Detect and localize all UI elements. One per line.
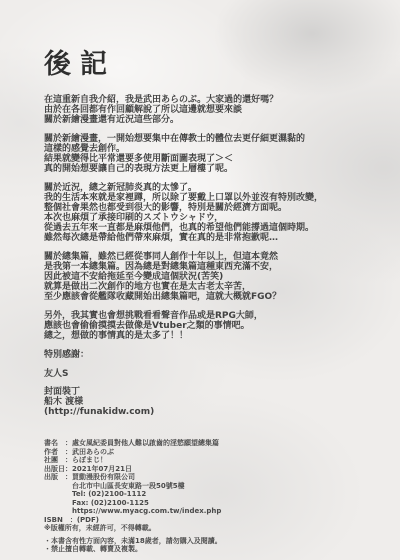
special-thanks-heading: 特別感謝： bbox=[44, 350, 374, 360]
afterword-page: 後記 在這重新自我介紹，我是武田あらのぶ。大家過的還好嗎？ 由於在各回都有作回顧… bbox=[0, 0, 400, 560]
legal-notices: ・本書含有性方面內容，未滿18歲者，請勿購入及閱讀。 ・禁止擅自轉載、轉賣及複製… bbox=[44, 537, 374, 554]
page-title: 後記 bbox=[44, 42, 374, 81]
special-thanks-name: 友人S bbox=[44, 369, 374, 379]
afterword-paragraph-compilation: 關於總集篇，雖然已經從事同人創作十年以上，但這本竟然 是我第一本總集篇。因為總是… bbox=[44, 252, 374, 302]
cover-design-credit: 封面裝丁 船木 渡様 (http://funakidw.com) bbox=[44, 387, 374, 417]
afterword-paragraph-intro: 在這重新自我介紹，我是武田あらのぶ。大家過的還好嗎？ 由於在各回都有作回顧解說了… bbox=[44, 95, 374, 125]
afterword-paragraph-recent-status: 關於近況，總之新冠肺炎真的太慘了。 我的生活本來就是家裡蹲，所以除了要戴上口罩以… bbox=[44, 183, 374, 243]
afterword-paragraph-future-plans: 另外，我其實也會想挑戰看看聲音作品或是RPG大師， 應該也會偷偷摸摸去做像是Vt… bbox=[44, 311, 374, 341]
afterword-paragraph-new-comic: 關於新繪漫畫，一開始想要集中在傳教士的體位去更仔細更濕黏的 這樣的感覺去創作。 … bbox=[44, 134, 374, 174]
colophon-block: 書名 ：處女風紀委員對他人難以啟齒的淫慾願望總集篇 作者 ：武田あらのぶ 社團 … bbox=[44, 439, 374, 533]
